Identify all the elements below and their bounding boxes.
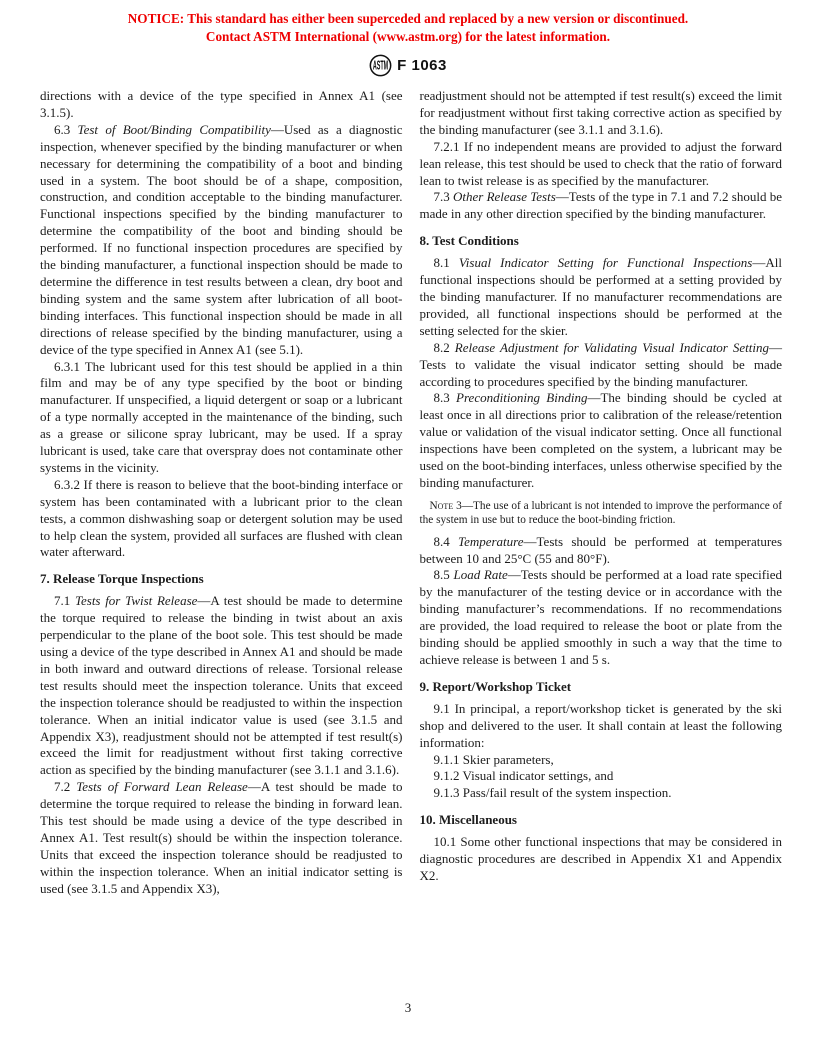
italic-run: Tests for Twist Release xyxy=(75,593,197,608)
paragraph: 6.3.1 The lubricant used for this test s… xyxy=(40,359,403,477)
paragraph: 7.2.1 If no independent means are provid… xyxy=(420,139,783,190)
paragraph: 8.3 Preconditioning Binding—The binding … xyxy=(420,390,783,491)
text-run: 6.3.2 If there is reason to believe that… xyxy=(40,477,403,560)
section-heading: 9. Report/Workshop Ticket xyxy=(420,679,783,696)
paragraph: 6.3 Test of Boot/Binding Compatibility—U… xyxy=(40,122,403,359)
standard-designation: F 1063 xyxy=(397,57,447,74)
paragraph: 8.5 Load Rate—Tests should be performed … xyxy=(420,567,783,668)
document-page: NOTICE: This standard has either been su… xyxy=(0,0,816,1056)
body-columns: directions with a device of the type spe… xyxy=(0,77,816,898)
italic-run: Test of Boot/Binding Compatibility xyxy=(78,122,271,137)
text-run: —Used as a diagnostic inspection, whenev… xyxy=(40,122,403,357)
italic-run: Tests of Forward Lean Release xyxy=(76,779,248,794)
notice-line-1: NOTICE: This standard has either been su… xyxy=(0,10,816,28)
text-run: 8.3 xyxy=(434,390,457,405)
notice-line-2: Contact ASTM International (www.astm.org… xyxy=(0,28,816,46)
column-right: readjustment should not be attempted if … xyxy=(420,88,783,898)
text-run: 8.1 xyxy=(434,255,459,270)
section-heading: 8. Test Conditions xyxy=(420,233,783,250)
page-footer: 3 xyxy=(0,1000,816,1016)
svg-text:ASTM: ASTM xyxy=(373,59,388,73)
text-run: —A test should be made to determine the … xyxy=(40,593,403,777)
column-left: directions with a device of the type spe… xyxy=(40,88,403,898)
italic-run: Other Release Tests xyxy=(453,189,556,204)
paragraph: 9.1.3 Pass/fail result of the system ins… xyxy=(420,785,783,802)
smallcaps-run: Note xyxy=(430,500,454,512)
section-heading: 7. Release Torque Inspections xyxy=(40,571,403,588)
text-run: —A test should be made to determine the … xyxy=(40,779,403,895)
paragraph: 7.2 Tests of Forward Lean Release—A test… xyxy=(40,779,403,897)
notice: NOTICE: This standard has either been su… xyxy=(0,0,816,46)
text-run: readjustment should not be attempted if … xyxy=(420,88,783,137)
page-number: 3 xyxy=(405,1000,412,1015)
paragraph: 8.2 Release Adjustment for Validating Vi… xyxy=(420,340,783,391)
section-heading: 10. Miscellaneous xyxy=(420,812,783,829)
text-run: 8.5 xyxy=(434,567,454,582)
paragraph: 7.3 Other Release Tests—Tests of the typ… xyxy=(420,189,783,223)
astm-logo-icon: ASTM xyxy=(369,54,392,77)
text-run: 9.1.2 Visual indicator settings, and xyxy=(434,768,614,783)
text-run: 7.2 xyxy=(54,779,76,794)
text-run: 6.3.1 The lubricant used for this test s… xyxy=(40,359,403,475)
italic-run: Preconditioning Binding xyxy=(456,390,587,405)
text-run: 7.3 xyxy=(434,189,454,204)
text-run: 3—The use of a lubricant is not intended… xyxy=(420,500,783,526)
italic-run: Temperature xyxy=(458,534,523,549)
text-run: 8.2 xyxy=(434,340,455,355)
paragraph: 7.1 Tests for Twist Release—A test shoul… xyxy=(40,593,403,779)
text-run: 7.2.1 If no independent means are provid… xyxy=(420,139,783,188)
italic-run: Release Adjustment for Validating Visual… xyxy=(455,340,769,355)
italic-run: Visual Indicator Setting for Functional … xyxy=(459,255,753,270)
paragraph: readjustment should not be attempted if … xyxy=(420,88,783,139)
text-run: 9.1.1 Skier parameters, xyxy=(434,752,554,767)
text-run: directions with a device of the type spe… xyxy=(40,88,403,120)
text-run: 6.3 xyxy=(54,122,78,137)
text-run: 9.1 In principal, a report/workshop tick… xyxy=(420,701,783,750)
doc-header: ASTM F 1063 xyxy=(0,54,816,77)
paragraph: 8.1 Visual Indicator Setting for Functio… xyxy=(420,255,783,340)
paragraph: 8.4 Temperature—Tests should be performe… xyxy=(420,534,783,568)
italic-run: Load Rate xyxy=(453,567,507,582)
note-paragraph: Note 3—The use of a lubricant is not int… xyxy=(420,499,783,528)
paragraph: 9.1 In principal, a report/workshop tick… xyxy=(420,701,783,752)
text-run: 8.4 xyxy=(434,534,459,549)
paragraph: 6.3.2 If there is reason to believe that… xyxy=(40,477,403,562)
text-run: 7.1 xyxy=(54,593,75,608)
paragraph: 9.1.1 Skier parameters, xyxy=(420,752,783,769)
text-run: 10.1 Some other functional inspections t… xyxy=(420,834,783,883)
paragraph: 9.1.2 Visual indicator settings, and xyxy=(420,768,783,785)
paragraph: 10.1 Some other functional inspections t… xyxy=(420,834,783,885)
text-run: 9.1.3 Pass/fail result of the system ins… xyxy=(434,785,672,800)
paragraph: directions with a device of the type spe… xyxy=(40,88,403,122)
